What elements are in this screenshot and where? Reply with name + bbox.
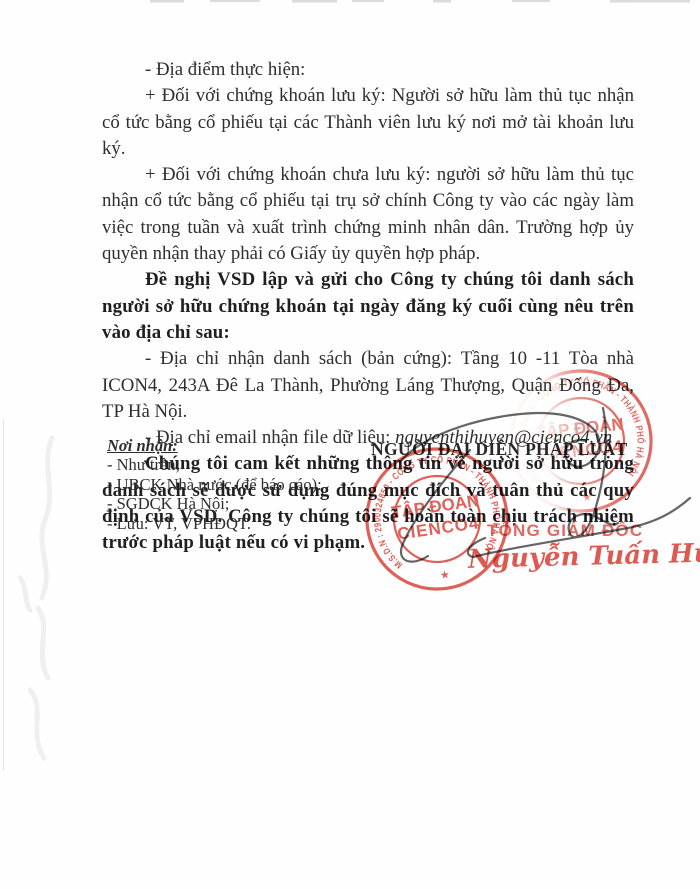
recipient-item: - Như trên; [107, 455, 322, 474]
paragraph-location: - Địa điểm thực hiện: [102, 57, 634, 83]
scan-artifact-bleed-through [0, 428, 90, 768]
scanned-letter-page: - Địa điểm thực hiện: + Đối với chứng kh… [0, 0, 700, 889]
recipient-item: - UBCK Nhà nước (để báo cáo): [107, 475, 322, 494]
scan-artifact-top-edge [0, 0, 700, 6]
recipients-block: Nơi nhận: - Như trên; - UBCK Nhà nước (đ… [107, 436, 322, 533]
recipients-heading: Nơi nhận: [107, 436, 322, 455]
paragraph-deposited-securities: + Đối với chứng khoán lưu ký: Người sở h… [102, 83, 634, 162]
recipient-item: - Lưu: VT, VPHĐQT. [107, 514, 322, 533]
recipient-item: - SGDCK Hà Nội; [107, 494, 322, 513]
signature-scribble [370, 380, 700, 585]
paragraph-undeposited-securities: + Đối với chứng khoán chưa lưu ký: người… [102, 162, 634, 267]
paragraph-vsd-request: Đề nghị VSD lập và gửi cho Công ty chúng… [102, 267, 634, 346]
